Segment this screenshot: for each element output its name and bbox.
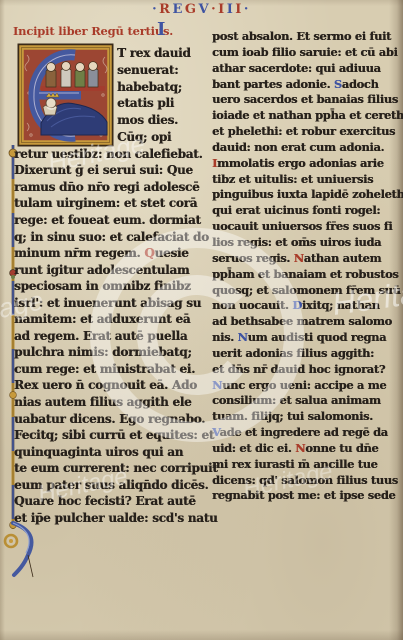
text-line: lios regis: et om̄s uiros iuda bbox=[212, 235, 398, 251]
text-line: pph̄am et banaiam et robustos bbox=[212, 267, 398, 283]
text-line: minum nr̄m regem. Quesie bbox=[14, 245, 213, 262]
text-line: pulchra nimis: dormiebatq; bbox=[14, 344, 213, 361]
header-letter: I bbox=[235, 2, 244, 17]
text-line: cum rege: et ministrabat ei. bbox=[14, 361, 213, 378]
header-letter: · bbox=[244, 2, 251, 17]
text-line: dauid: non erat cum adonia. bbox=[212, 140, 398, 156]
text-line: Immolatis ergo adonias arie bbox=[212, 156, 398, 172]
text-line: mi rex iurasti m̄ ancille tue bbox=[212, 457, 398, 473]
header-letter: V bbox=[198, 2, 211, 17]
text-line: quosq; et salomonem fr̄em suū bbox=[212, 283, 398, 299]
text-line: ramus dn̄o nr̄o regi adolescē bbox=[14, 179, 213, 196]
text-line: et dn̄s nr̄ dauid hoc ignorat? bbox=[212, 362, 398, 378]
text-line: uocauit uniuersos fr̄es suos fi bbox=[212, 219, 398, 235]
text-line: Vade et ingredere ad regē da bbox=[212, 425, 398, 441]
rubric-incipit: Incipit liber Regū tertius. bbox=[13, 24, 173, 38]
lines-beside-initial: T rex dauidsenuerat:habebatq;etatis plim… bbox=[14, 45, 213, 146]
manuscript-page: ·REGV·III· Incipit liber Regū tertius. I bbox=[0, 0, 403, 640]
text-line: isrl': et inuenerunt abisag su bbox=[14, 295, 213, 312]
text-line: regnabit post me: et ipse sede bbox=[212, 488, 398, 504]
text-line: Rex uero n̄ cognouit eā. Ado bbox=[14, 377, 213, 394]
text-line: tuam. filijq; tui salomonis. bbox=[212, 409, 398, 425]
header-letter: G bbox=[185, 2, 199, 17]
text-line: speciosam in omnibz finibz bbox=[14, 278, 213, 295]
text-line: seruos regis. Nathan autem bbox=[212, 251, 398, 267]
text-line: qui erat uicinus fonti rogel: bbox=[212, 203, 398, 219]
text-line: retur uestibz: non calefiebat. bbox=[14, 146, 213, 163]
text-line: T rex dauid bbox=[117, 45, 213, 62]
text-line: ioiade et nathan pph̄a et cerethi bbox=[212, 108, 398, 124]
pen-flourish bbox=[0, 521, 62, 581]
text-line: runt igitur adolescentulam bbox=[14, 262, 213, 279]
text-line: pinguibus iuxta lapidē zoheleth. bbox=[212, 187, 398, 203]
left-text-column: T rex dauidsenuerat:habebatq;etatis plim… bbox=[14, 45, 213, 526]
text-line: habebatq; bbox=[117, 79, 213, 96]
text-line: dicens: qd' salomon filius tuus bbox=[212, 473, 398, 489]
text-line: rege: et foueat eum. dormiat bbox=[14, 212, 213, 229]
text-line: etatis pli bbox=[117, 95, 213, 112]
text-line: Fecitq; sibi currū et equites: et bbox=[14, 427, 213, 444]
chapter-numeral: I bbox=[157, 19, 165, 40]
text-line: et ip̄e pulcher ualde: scd's natu bbox=[14, 510, 213, 527]
text-line: eum pater suus aliqn̄do dicēs. bbox=[14, 477, 213, 494]
text-line: bant partes adonie. Sadoch bbox=[212, 77, 398, 93]
header-letter: R bbox=[159, 2, 172, 17]
text-line: tibz et uitulis: et uniuersis bbox=[212, 172, 398, 188]
text-line: uero sacerdos et banaias filius bbox=[212, 92, 398, 108]
text-line: nis. Num audisti quod regna bbox=[212, 330, 398, 346]
text-line: tulam uirginem: et stet corā bbox=[14, 195, 213, 212]
text-line: q; in sinu suo: et calefaciat do bbox=[14, 229, 213, 246]
text-line: Cūq; opi bbox=[117, 129, 213, 146]
text-line: Dixerunt ḡ ei serui sui: Que bbox=[14, 162, 213, 179]
text-line: namitem: et adduxerunt eā bbox=[14, 311, 213, 328]
text-line: quinquaginta uiros qui an bbox=[14, 444, 213, 461]
text-line: et phelethi: et robur exercitus bbox=[212, 124, 398, 140]
text-line: Nunc ergo ueni: accipe a me bbox=[212, 378, 398, 394]
text-line: nias autem filius aggith ele bbox=[14, 394, 213, 411]
text-line: Quare hoc fecisti? Erat autē bbox=[14, 493, 213, 510]
text-line: uerit adonias filius aggith: bbox=[212, 346, 398, 362]
text-line: post absalon. Et sermo ei fuit bbox=[212, 29, 398, 45]
lines-full-width: retur uestibz: non calefiebat.Dixerunt ḡ… bbox=[14, 146, 213, 527]
text-line: uabatur dicens. Ego regnabo. bbox=[14, 411, 213, 428]
header-letter: I bbox=[218, 2, 227, 17]
text-line: athar sacerdote: qui adiuua bbox=[212, 61, 398, 77]
right-text-column: post absalon. Et sermo ei fuitcum ioab f… bbox=[212, 29, 398, 504]
text-line: cum ioab filio saruie: et cū abi bbox=[212, 45, 398, 61]
header-letter: E bbox=[172, 2, 184, 17]
running-title: ·REGV·III· bbox=[0, 2, 403, 17]
text-line: mos dies. bbox=[117, 112, 213, 129]
text-line: senuerat: bbox=[117, 62, 213, 79]
text-line: uid: et dic ei. Nonne tu dn̄e bbox=[212, 441, 398, 457]
text-line: ad regem. Erat autē puella bbox=[14, 328, 213, 345]
text-line: ad bethsabee matrem salomo bbox=[212, 314, 398, 330]
text-line: non uocauit. Dixitq; nathan bbox=[212, 298, 398, 314]
text-line: te eum currerent: nec corripuit bbox=[14, 460, 213, 477]
header-letter: I bbox=[227, 2, 236, 17]
flourish bbox=[0, 521, 62, 581]
text-line: consilium: et salua animam bbox=[212, 393, 398, 409]
